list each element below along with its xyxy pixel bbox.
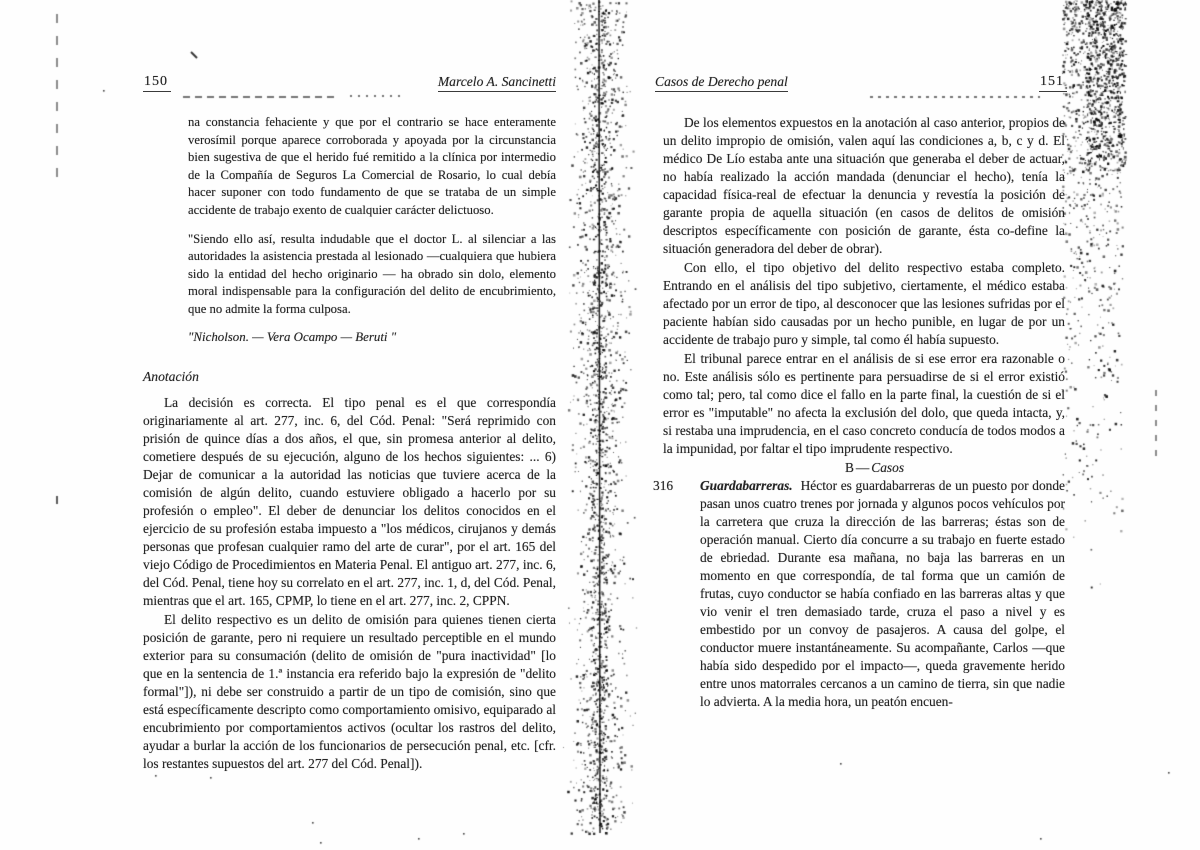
paragraph: El delito respectivo es un delito de omi… xyxy=(143,611,556,773)
cases-heading-letter: B xyxy=(845,460,854,475)
cases-heading-dash: — xyxy=(856,460,869,475)
case-title: Guardabarreras. xyxy=(700,478,793,493)
left-page-body: na constancia fehaciente y que por el co… xyxy=(143,114,556,773)
right-running-header: Casos de Derecho penal xyxy=(655,74,788,92)
block-quote: "Siendo ello así, resulta indudable que … xyxy=(188,231,556,319)
right-page-body: De los elementos expuestos en la anotaci… xyxy=(663,114,1065,711)
section-heading: Anotación xyxy=(143,369,556,385)
quote-attribution: "Nicholson. — Vera Ocampo — Beruti " xyxy=(188,330,556,345)
right-page-number: 151 xyxy=(1039,74,1067,92)
cases-section-heading: B—Casos xyxy=(663,459,1065,477)
cases-heading-label: Casos xyxy=(871,460,904,475)
right-page-header: Casos de Derecho penal 151 xyxy=(655,74,1067,92)
paragraph: Con ello, el tipo objetivo del delito re… xyxy=(663,259,1065,349)
block-quote: na constancia fehaciente y que por el co… xyxy=(188,114,556,220)
book-scan-spread: 150 Marcelo A. Sancinetti Casos de Derec… xyxy=(0,0,1200,850)
left-running-header: Marcelo A. Sancinetti xyxy=(438,74,556,92)
case-item: 316 Guardabarreras.Héctor es guardabarre… xyxy=(700,477,1065,711)
paragraph: El tribunal parece entrar en el análisis… xyxy=(663,350,1065,458)
paragraph: La decisión es correcta. El tipo penal e… xyxy=(143,394,556,610)
case-number: 316 xyxy=(653,477,673,495)
left-page-header: 150 Marcelo A. Sancinetti xyxy=(143,74,556,92)
left-page-number: 150 xyxy=(143,74,171,92)
case-text: Héctor es guardabarreras de un puesto po… xyxy=(700,478,1065,709)
paragraph: De los elementos expuestos en la anotaci… xyxy=(663,114,1065,258)
